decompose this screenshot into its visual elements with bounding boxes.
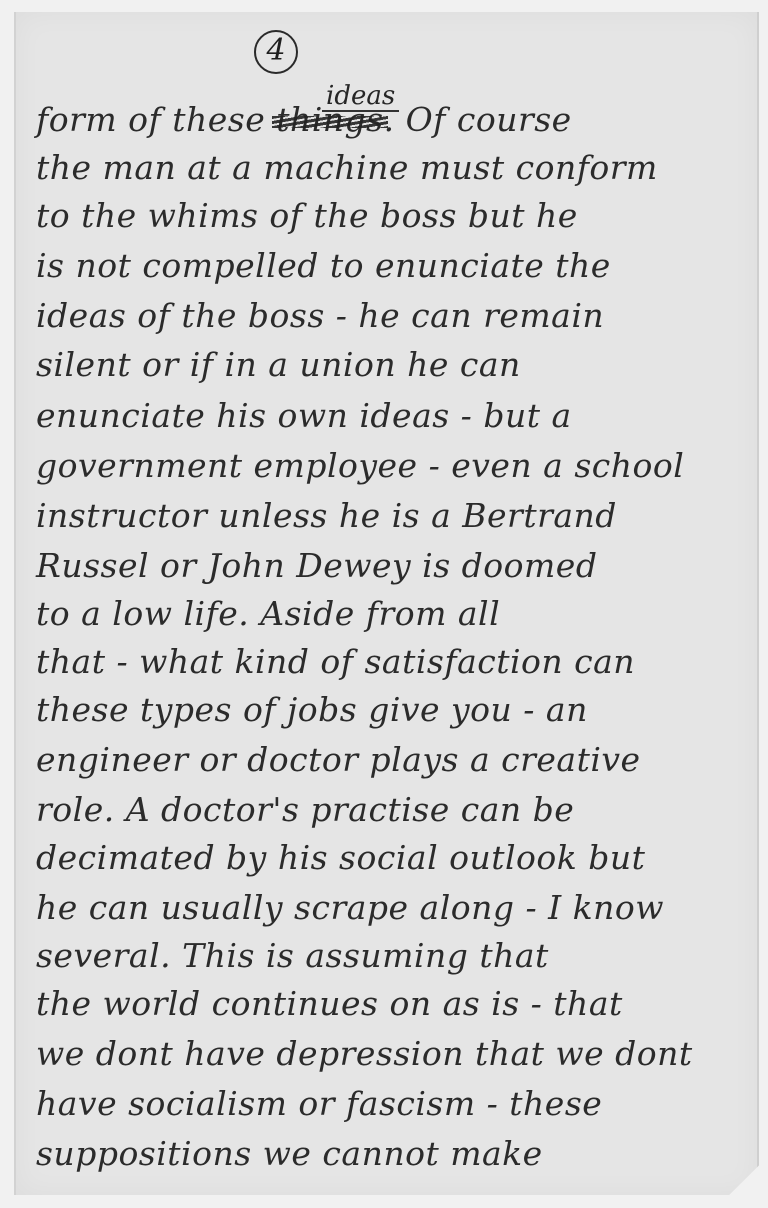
- text-line-3: to the whims of the boss but he: [36, 196, 578, 235]
- text-line-21: have socialism or fascism - these: [36, 1084, 602, 1123]
- line-1-start: form of these: [36, 100, 276, 139]
- text-line-18: several. This is assuming that: [36, 936, 549, 975]
- line-1-end: . Of course: [384, 100, 572, 139]
- text-line-5: ideas of the boss - he can remain: [36, 296, 604, 335]
- text-line-12: that - what kind of satisfaction can: [36, 642, 635, 681]
- text-line-10: Russel or John Dewey is doomed: [36, 546, 597, 585]
- text-line-8: government employee - even a school: [36, 446, 684, 485]
- struck-out-word: things: [276, 100, 383, 139]
- page-number-circled: 4: [254, 30, 298, 74]
- text-line-13: these types of jobs give you - an: [36, 690, 588, 729]
- text-line-15: role. A doctor's practise can be: [36, 790, 574, 829]
- text-line-7: enunciate his own ideas - but a: [36, 396, 572, 435]
- text-line-9: instructor unless he is a Bertrand: [36, 496, 617, 535]
- text-line-11: to a low life. Aside from all: [36, 594, 500, 633]
- text-line-4: is not compelled to enunciate the: [36, 246, 611, 285]
- text-line-1: form of these things. Of course: [36, 100, 572, 139]
- text-line-19: the world continues on as is - that: [36, 984, 623, 1023]
- text-line-2: the man at a machine must conform: [36, 148, 658, 187]
- text-line-17: he can usually scrape along - I know: [36, 888, 664, 927]
- text-line-14: engineer or doctor plays a creative: [36, 740, 641, 779]
- text-line-16: decimated by his social outlook but: [36, 838, 645, 877]
- text-line-22: suppositions we cannot make: [36, 1134, 543, 1173]
- text-line-6: silent or if in a union he can: [36, 345, 521, 384]
- text-line-20: we dont have depression that we dont: [36, 1034, 693, 1073]
